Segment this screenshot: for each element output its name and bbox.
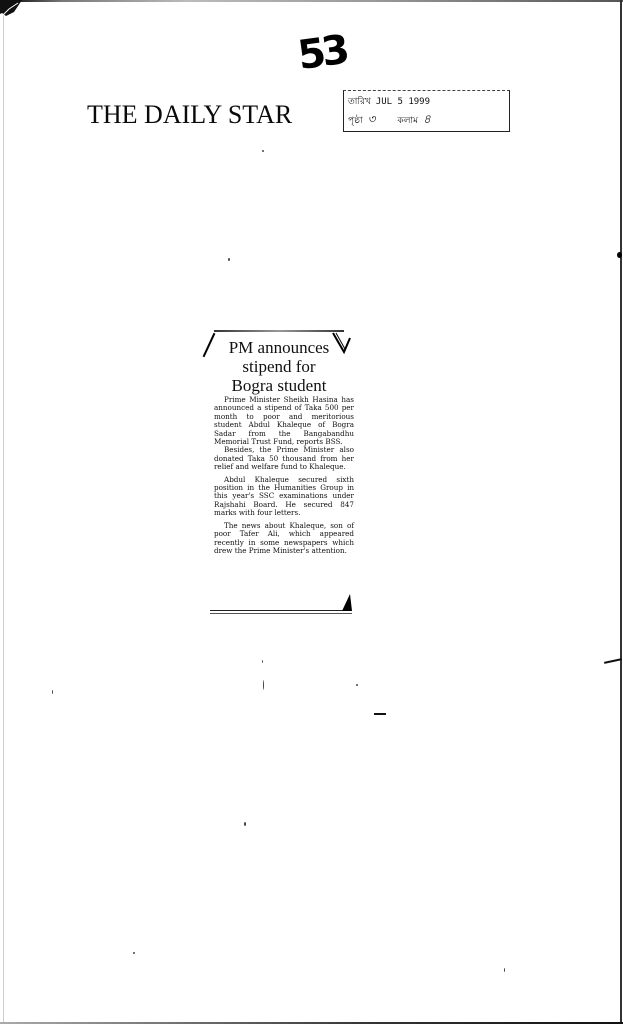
newspaper-masthead: THE DAILY STAR <box>87 100 292 130</box>
scan-speck <box>504 968 505 972</box>
stamp-page-value: ৩ <box>368 112 376 126</box>
stamp-date-line: তারিখJUL 5 1999 <box>348 94 442 109</box>
scan-speck <box>356 684 358 686</box>
stamp-date-value: JUL 5 1999 <box>376 97 430 107</box>
article-paragraph: Prime Minister Sheikh Hasina has announc… <box>214 396 354 446</box>
stamp-page-label: পৃষ্ঠা <box>348 116 363 126</box>
page-top-edge <box>0 0 623 2</box>
scan-scratch <box>374 713 386 715</box>
headline-line: PM announces <box>204 338 354 357</box>
clipping-top-rule <box>214 330 344 332</box>
page-right-edge <box>620 0 622 1024</box>
scanned-page: 53 THE DAILY STAR তারিখJUL 5 1999 পৃষ্ঠা… <box>0 0 623 1024</box>
article-paragraph: Abdul Khaleque secured sixth position in… <box>214 476 354 518</box>
scan-speck <box>228 258 230 261</box>
handwritten-page-number: 53 <box>295 27 349 79</box>
page-left-edge <box>3 10 4 1024</box>
stamp-column-label: কলাম <box>397 116 418 126</box>
scan-speck <box>52 690 53 694</box>
date-stamp: তারিখJUL 5 1999 পৃষ্ঠা৩কলাম৪ <box>343 90 510 132</box>
stamp-date-label: তারিখ <box>348 97 371 107</box>
corner-fold-icon <box>0 0 22 18</box>
scan-speck <box>262 150 264 152</box>
scan-speck <box>244 822 246 826</box>
scan-speck <box>263 680 264 690</box>
pen-bottom-mark-icon <box>340 592 354 612</box>
clipping-bottom-rule <box>210 610 352 614</box>
scan-speck <box>617 252 622 258</box>
news-clipping: PM announces stipend for Bogra student P… <box>204 330 354 616</box>
article-body: Prime Minister Sheikh Hasina has announc… <box>214 396 354 559</box>
scan-speck <box>262 660 263 663</box>
article-paragraph: Besides, the Prime Minister also donated… <box>214 446 354 471</box>
article-headline: PM announces stipend for Bogra student <box>204 338 354 395</box>
article-paragraph: The news about Khaleque, son of poor Taf… <box>214 522 354 556</box>
stamp-page-line: পৃষ্ঠা৩কলাম৪ <box>348 111 453 131</box>
headline-line: Bogra student <box>204 376 354 395</box>
stamp-column-value: ৪ <box>423 112 431 126</box>
headline-line: stipend for <box>204 357 354 376</box>
scan-speck <box>133 952 135 954</box>
